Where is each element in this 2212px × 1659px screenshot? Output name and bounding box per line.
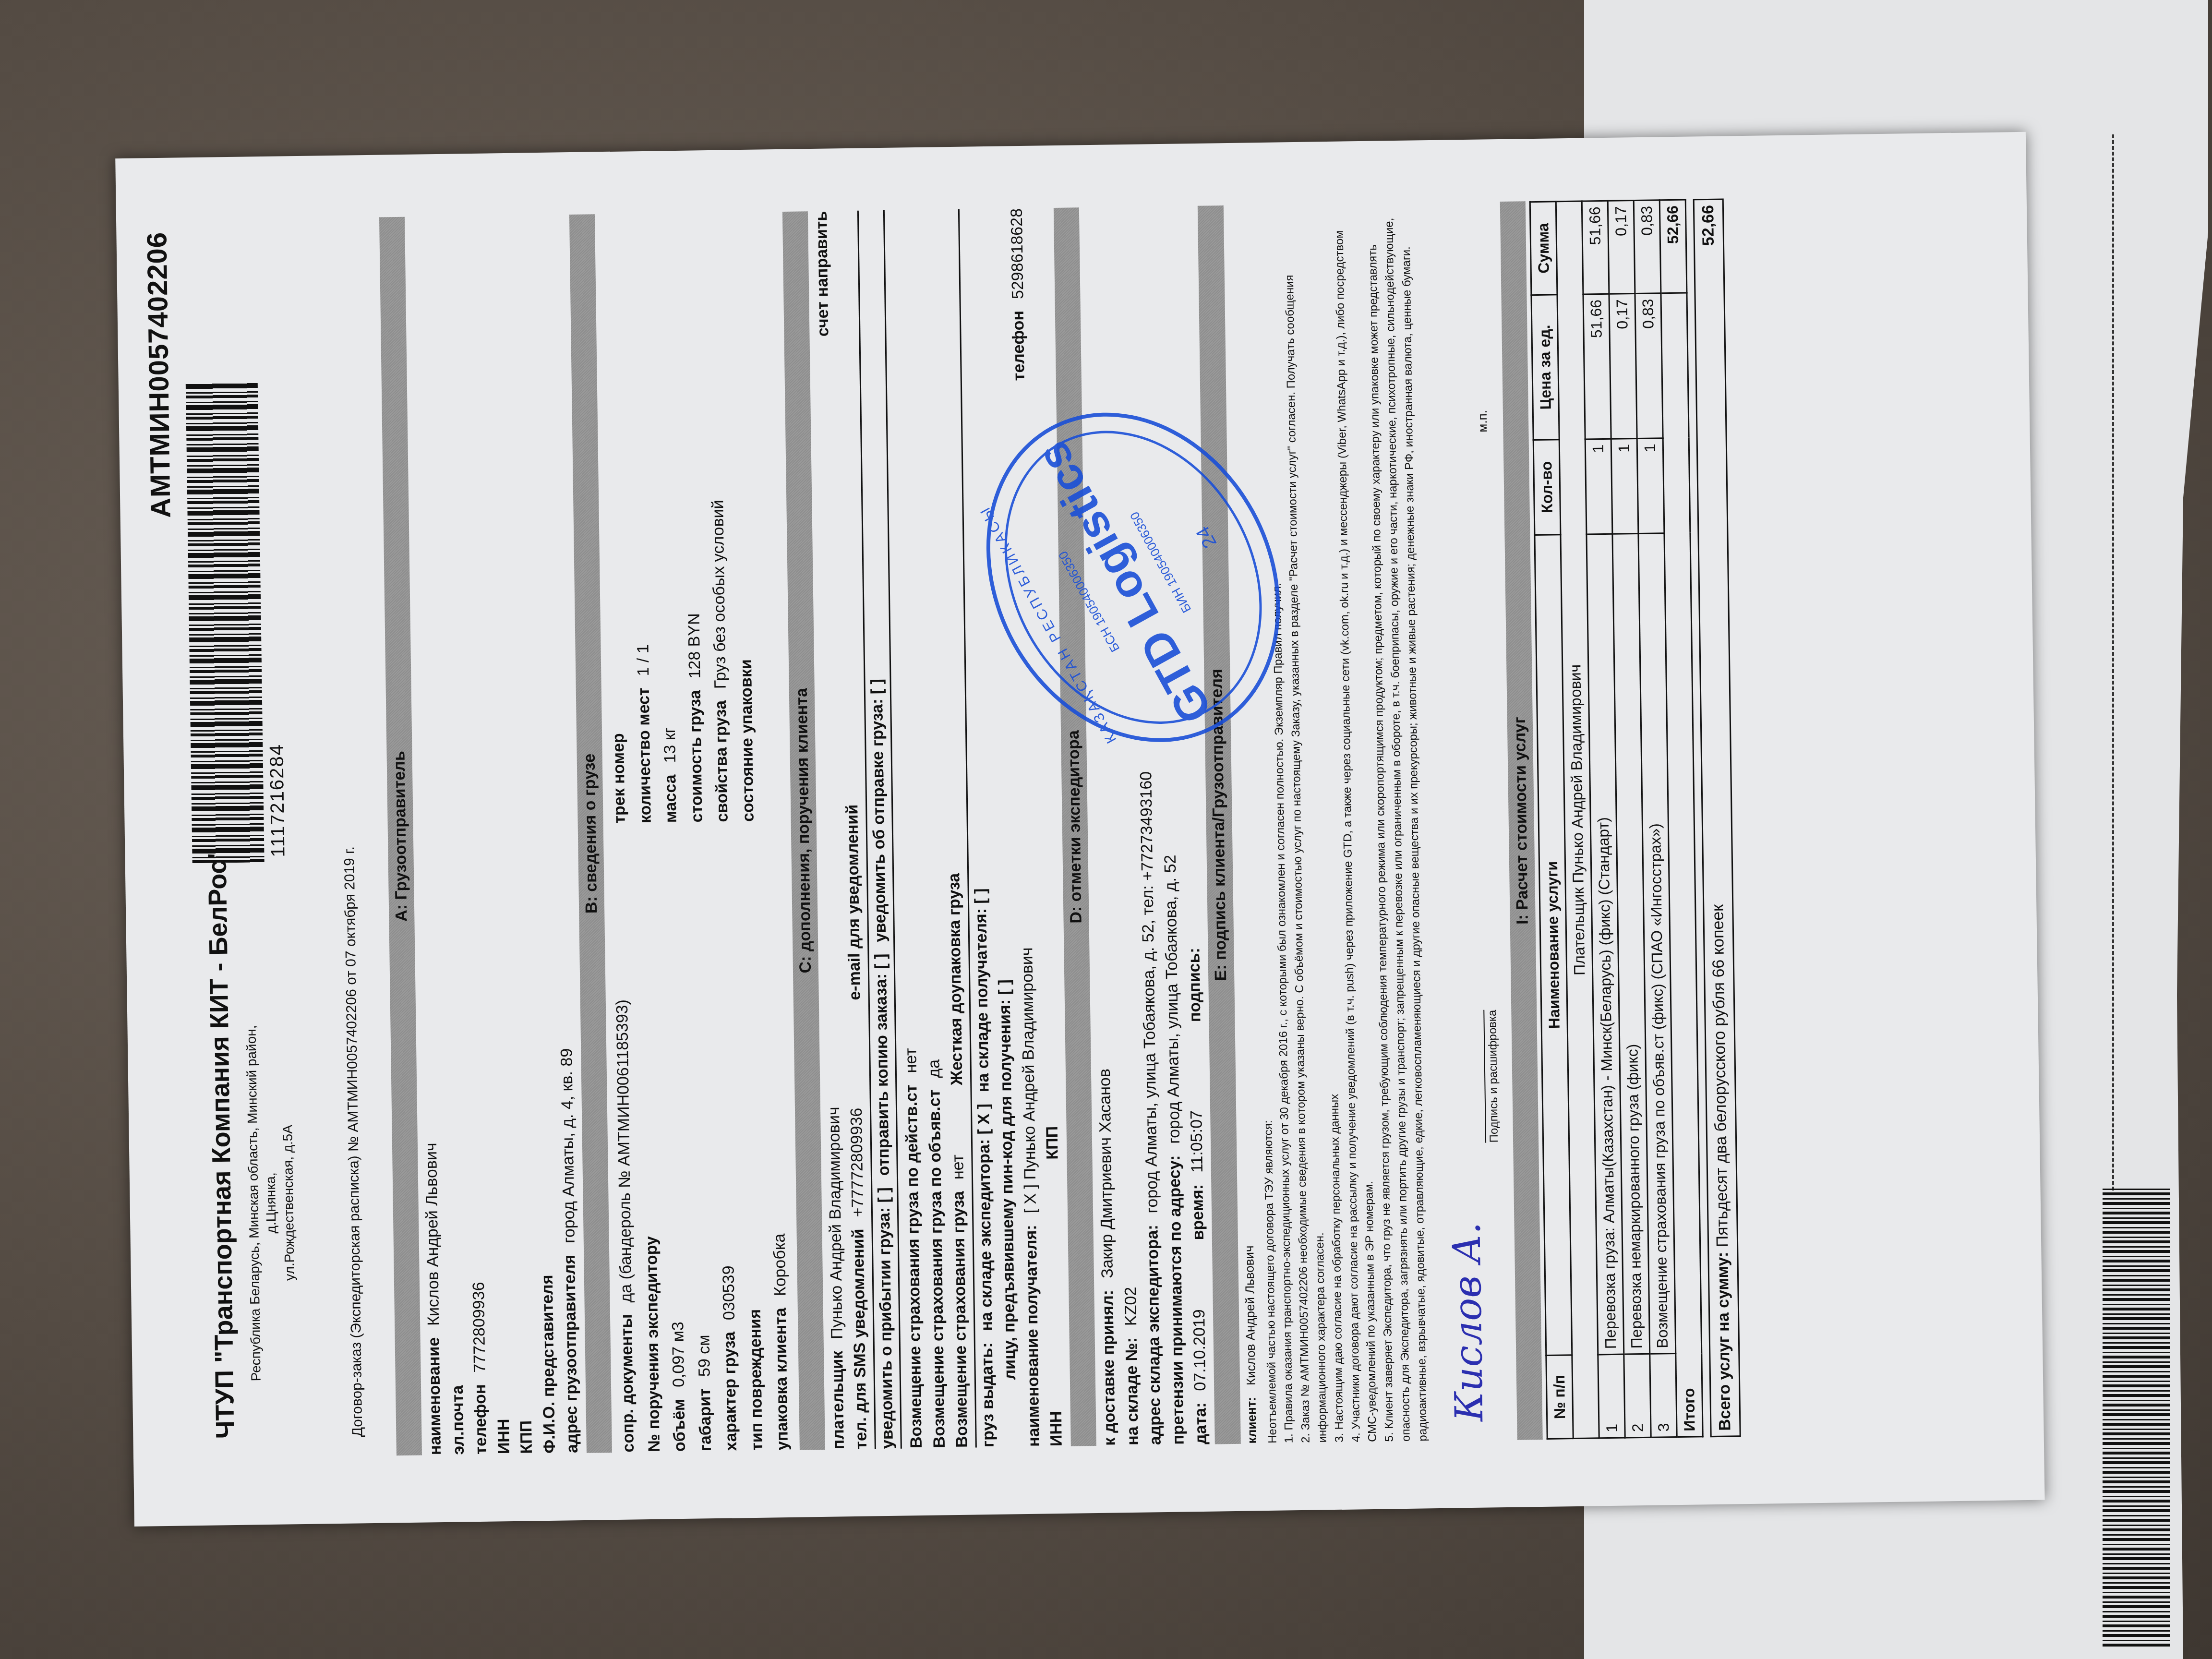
field-row: № поручения экспедитору <box>636 842 664 1452</box>
warehouse-address: город Алматы, улица Тобаякова, д. 52, те… <box>1136 771 1162 1214</box>
field-label: эл.почта <box>448 1385 469 1455</box>
field-row: масса13 кг <box>653 213 681 823</box>
grand-total: 52,66 <box>1698 205 1719 246</box>
issue-forwarder-checkbox[interactable]: на складе экспедитора: [ X ] <box>974 1104 997 1331</box>
company-address: Республика Беларусь, Минская область, Ми… <box>242 1006 301 1400</box>
client-name: Кислов Андрей Львович <box>1242 1245 1259 1385</box>
line-sum: 51,66 <box>1582 201 1609 294</box>
field-label: упаковка клиента <box>771 1308 793 1450</box>
stamp-place-label: м.п. <box>1475 410 1490 433</box>
date-value: 07.10.2019 <box>1190 1309 1211 1391</box>
issue-pin-checkbox[interactable]: лицу, предъявившему пин-код для получени… <box>995 979 1021 1380</box>
total-value: 52,66 <box>1659 200 1687 293</box>
field-value <box>745 1298 765 1298</box>
row-number: 3 <box>1650 1354 1677 1438</box>
field-label: свойства груза <box>711 700 733 822</box>
document-sheet: ЧТУП "Транспортная Компания КИТ - БелРос… <box>115 132 2044 1527</box>
field-label: телефон <box>470 1384 492 1455</box>
row-number: 2 <box>1624 1354 1651 1438</box>
claims-address: город Алматы, улица Тобаякова, д. 52 <box>1160 854 1184 1144</box>
column-header: Цена за ед. <box>1531 295 1559 440</box>
extra-packing-label: Жесткая доупаковка груза <box>944 873 967 1086</box>
company-name: ЧТУП "Транспортная Компания КИТ - БелРос… <box>202 847 241 1439</box>
option-label: Возмещение страхования груза по действ.с… <box>902 1084 927 1448</box>
field-value: 128 BYN <box>684 613 705 679</box>
issue-recipient-checkbox[interactable]: на складе получателя: [ ] <box>971 888 993 1092</box>
document-header: ЧТУП "Транспортная Компания КИТ - БелРос… <box>174 217 393 1459</box>
field-row: свойства грузаГруз без особых условий <box>704 213 733 822</box>
field-value <box>493 1407 513 1407</box>
field-value: Коробка <box>770 1233 791 1296</box>
signature-area: Кислов А. Подпись и расшифровка м.п. <box>1419 202 1513 1441</box>
field-value: Груз без особых условий <box>708 500 731 689</box>
field-label: трек номер <box>609 733 630 824</box>
line-sum: 0,17 <box>1608 201 1635 294</box>
field-label: масса <box>661 774 681 823</box>
field-value: 1 / 1 <box>633 644 653 676</box>
field-label: сопр. документы <box>617 1314 638 1453</box>
perforation-line <box>2112 134 2116 1190</box>
warehouse-number: KZ02 <box>1121 1287 1142 1326</box>
field-row: объём0,097 м3 <box>661 842 690 1452</box>
option-label: Возмещение страхования груза по объяв.ст <box>925 1089 950 1448</box>
field-row: упаковка клиентаКоробка <box>764 841 793 1450</box>
field-label: состояние упаковки <box>736 659 758 822</box>
cost-table: № п/пНаименование услугиКол-воЦена за ед… <box>1529 199 1704 1440</box>
signature-caption: Подпись и расшифровка <box>1483 1010 1501 1143</box>
field-label: габарит <box>695 1388 716 1452</box>
field-row: сопр. документыда (бандероль № АМТМИН006… <box>610 842 638 1452</box>
insurance-options: Возмещение страхования груза по действ.с… <box>883 209 972 1449</box>
field-value <box>641 1225 661 1225</box>
field-label: адрес грузоотправителя <box>560 1255 582 1454</box>
field-value: 7772809936 <box>469 1282 490 1373</box>
option-value: нет <box>902 1048 922 1073</box>
field-row: количество мест1 / 1 <box>627 214 656 823</box>
field-label: тип повреждения <box>745 1309 767 1451</box>
field-value: Кислов Андрей Львович <box>421 1142 444 1326</box>
field-value <box>537 1263 557 1263</box>
section-e: клиент:Кислов Андрей Львович Неотъемлемо… <box>1227 202 1514 1444</box>
option-value: нет <box>949 1154 969 1180</box>
field-label: характер груза <box>720 1332 742 1451</box>
quantity: 1 <box>1637 438 1664 534</box>
section-c: плательщик Пунько Андрей Владимирович сч… <box>812 208 1067 1450</box>
send-copy-checkbox[interactable]: отправить копию заказа: [ ] <box>871 953 894 1176</box>
barcode-number: 1117216284 <box>265 744 290 857</box>
option-label: Возмещение страхования груза <box>949 1191 973 1448</box>
barcode <box>186 382 264 863</box>
field-label: КПП <box>517 1420 537 1454</box>
waybill-document: ЧТУП "Транспортная Компания КИТ - БелРос… <box>174 199 1741 1459</box>
field-row: характер груза030539 <box>713 841 741 1451</box>
option-value: да <box>924 1059 944 1078</box>
recipient-phone: 5298618628 <box>1007 208 1028 300</box>
field-value <box>609 721 628 722</box>
recipient-name: [ X ] Пунько Андрей Владимирович <box>1017 947 1041 1214</box>
column-header: Сумма <box>1530 202 1557 295</box>
row-number: 1 <box>1598 1354 1625 1438</box>
field-value: город Алматы, д. 4, кв. 89 <box>557 1048 579 1244</box>
field-value: 0,097 м3 <box>668 1322 689 1387</box>
field-value <box>448 1374 468 1374</box>
barcode-title: АМТМИН0057402206 <box>140 231 178 518</box>
unit-price: 0,17 <box>1609 293 1637 439</box>
field-row: стоимость груза128 BYN <box>679 213 707 822</box>
field-value: 13 кг <box>660 727 681 763</box>
field-row: тип повреждения <box>739 841 767 1451</box>
handwritten-signature: Кислов А. <box>1443 1222 1492 1422</box>
field-value <box>517 1409 536 1409</box>
unit-price: 0,83 <box>1635 293 1663 439</box>
quantity: 1 <box>1585 439 1612 534</box>
field-row: габарит59 см <box>687 842 716 1451</box>
field-value: 030539 <box>719 1265 740 1320</box>
legal-terms: Неотъемлемой частью настоящего договора … <box>1247 203 1431 1444</box>
accepted-by: Закир Дмитриевич Хасанов <box>1095 1069 1118 1278</box>
field-value: 59 см <box>694 1334 715 1377</box>
quantity: 1 <box>1611 438 1638 534</box>
contract-line: Договор-заказ (Экспедиторская расписка) … <box>341 846 367 1437</box>
line-sum: 0,83 <box>1634 200 1661 294</box>
field-label: Ф.И.О. представителя <box>538 1274 560 1454</box>
field-label: количество мест <box>634 687 655 823</box>
field-row: трек номер <box>601 214 630 824</box>
second-barcode <box>2103 1186 2170 1647</box>
field-value <box>736 648 756 648</box>
payer-name: Пунько Андрей Владимирович <box>824 1106 847 1339</box>
column-header: Кол-во <box>1533 440 1561 535</box>
section-d: к доставке принял:Закир Дмитриевич Хасан… <box>1083 206 1211 1446</box>
column-header: № п/п <box>1546 1355 1573 1439</box>
section-a-fields: наименованиеКислов Андрей Львовичэл.почт… <box>409 215 582 1455</box>
field-value: да (бандероль № АМТМИН0061185393) <box>613 999 637 1303</box>
field-label: стоимость груза <box>685 690 707 823</box>
field-label: объём <box>670 1399 690 1452</box>
notify-dispatch-checkbox[interactable]: уведомить об отправке груза: [ ] <box>867 679 890 942</box>
section-b-fields: сопр. документыда (бандероль № АМТМИН006… <box>599 212 795 1453</box>
field-label: ИНН <box>494 1419 514 1454</box>
field-label: наименование <box>424 1337 446 1455</box>
unit-price: 51,66 <box>1583 294 1611 439</box>
time-value: 11:05:07 <box>1187 1110 1207 1173</box>
field-label: № поручения экспедитору <box>641 1236 664 1452</box>
field-row: состояние упаковки <box>730 212 758 822</box>
notify-arrival-checkbox[interactable]: уведомить о прибытии груза: [ ] <box>874 1187 898 1449</box>
